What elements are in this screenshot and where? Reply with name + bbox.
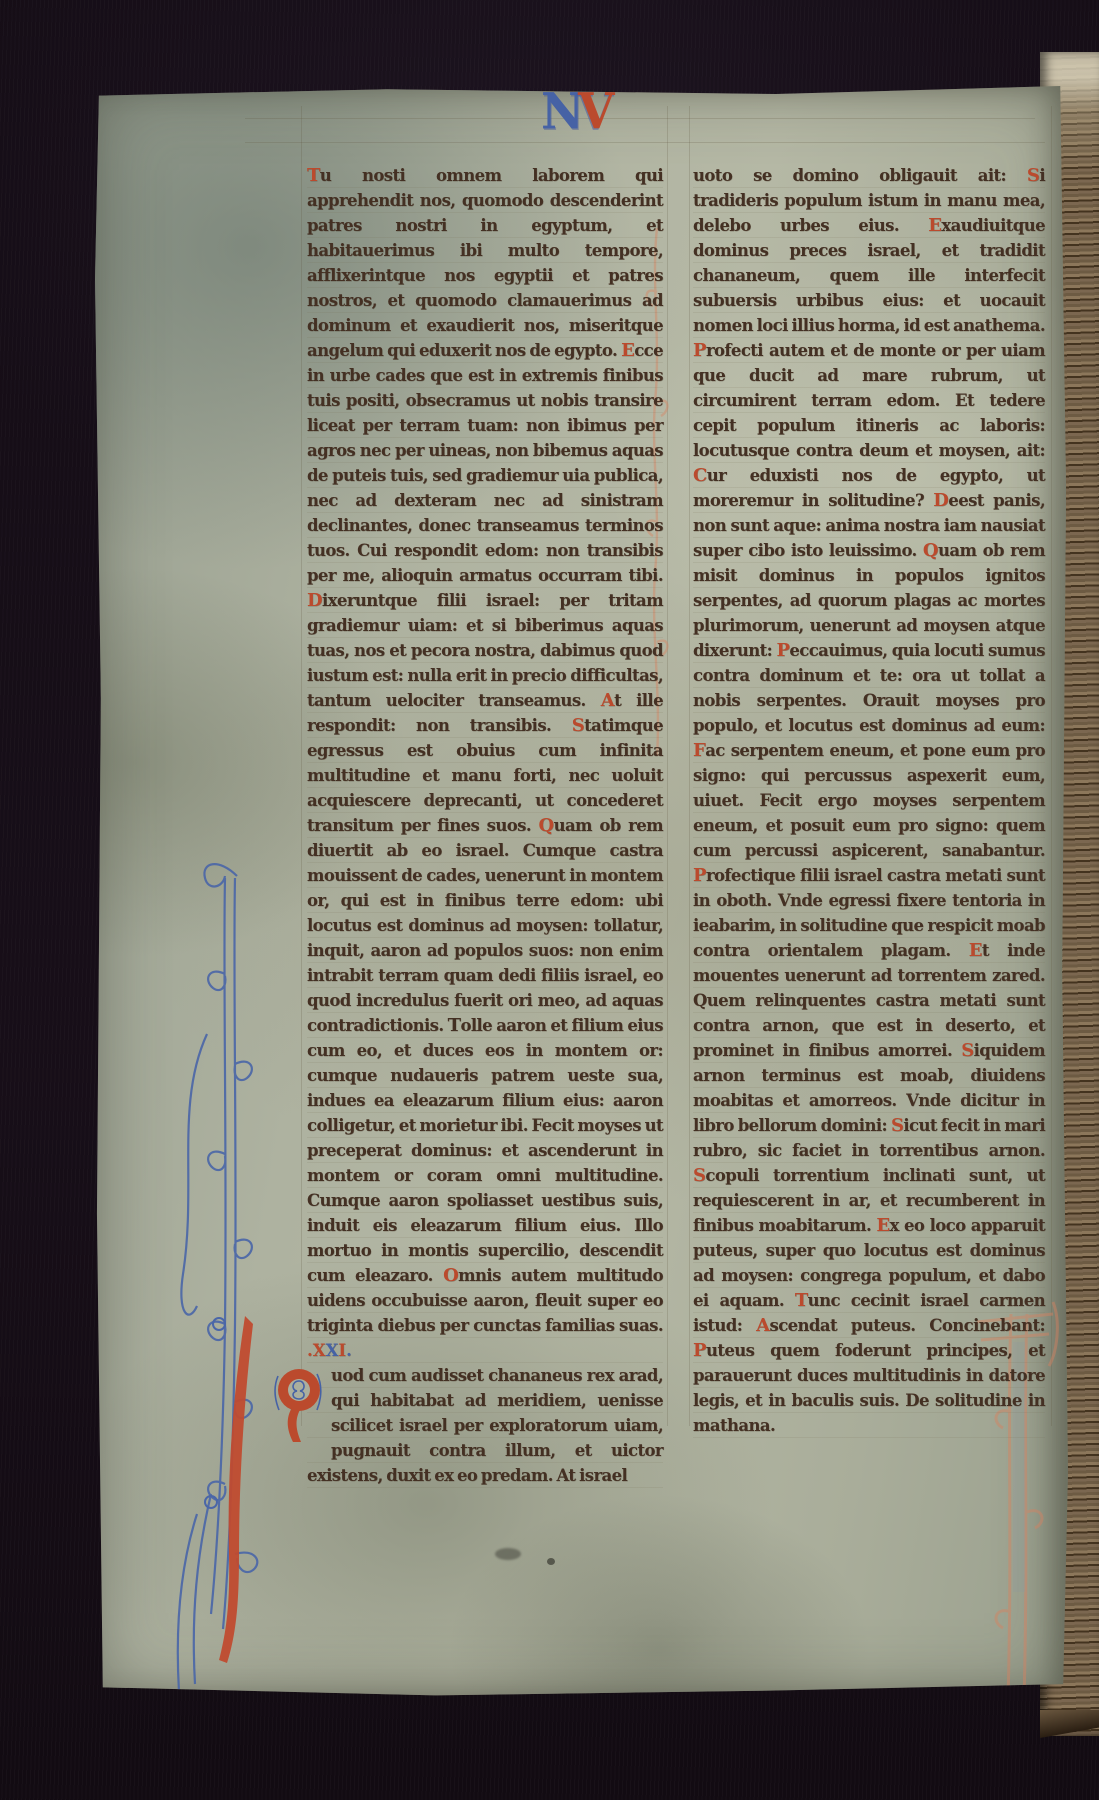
- ruling-line: [245, 142, 1045, 143]
- scripture-text: ac serpentem eneum, et pone eum pro sign…: [693, 741, 1045, 860]
- ink-stain: [495, 1548, 521, 1560]
- scripture-text: uam ob rem diuertit ab eo israel. Cumque…: [307, 816, 663, 1035]
- ruling-line: [667, 106, 668, 1426]
- touched-capital: D: [307, 590, 322, 611]
- ruling-line: [1051, 106, 1052, 1426]
- touched-capital: T: [795, 1290, 808, 1311]
- scripture-text: scendat puteus. Concinebant:: [770, 1316, 1045, 1335]
- touched-capital: P: [693, 1340, 706, 1361]
- touched-capital: S: [891, 1115, 903, 1136]
- scripture-text: olle aaron et filium eius cum eo, et duc…: [307, 1016, 663, 1285]
- touched-capital: D: [933, 490, 948, 511]
- text-column-left: Tu nosti omnem laborem qui apprehendit n…: [307, 163, 663, 1488]
- ink-stain: [547, 1558, 555, 1565]
- ruling-line: [301, 106, 302, 1426]
- touched-capital: E: [621, 340, 634, 361]
- touched-capital: T: [307, 165, 320, 186]
- touched-capital: O: [443, 1265, 458, 1286]
- touched-capital: S: [693, 1165, 705, 1186]
- chapter-number-letter: X: [313, 1341, 326, 1360]
- touched-capital: E: [928, 215, 941, 236]
- touched-capital: E: [876, 1215, 889, 1236]
- touched-capital: E: [969, 940, 982, 961]
- margin-flourish: [167, 854, 307, 1706]
- manuscript-leaf: NV: [95, 86, 1068, 1697]
- running-title: NV: [541, 90, 608, 142]
- running-title-letter: N: [541, 89, 578, 137]
- flourish-red-tail: [219, 1316, 253, 1663]
- touched-capital: A: [601, 690, 614, 711]
- ruling-line: [245, 118, 1035, 119]
- touched-capital: F: [693, 740, 705, 761]
- scripture-text: u nosti omnem laborem qui apprehendit no…: [307, 166, 663, 360]
- running-title-letter: V: [578, 89, 608, 137]
- chapter-number-letter: I: [338, 1341, 346, 1360]
- touched-capital: S: [572, 715, 584, 736]
- touched-capital: P: [693, 340, 706, 361]
- chapter-number: .XXI.: [307, 1341, 352, 1360]
- scripture-text: uteus quem foderunt principes, et paraue…: [693, 1341, 1045, 1435]
- ruling-line: [689, 106, 690, 1426]
- photo-background: NV: [0, 0, 1099, 1800]
- touched-capital: P: [693, 865, 706, 886]
- text-column-right: uoto se domino obligauit ait: Si tradide…: [693, 163, 1045, 1438]
- chapter-number-letter: X: [326, 1341, 339, 1360]
- touched-capital: Q: [538, 815, 553, 836]
- touched-capital: S: [961, 1040, 973, 1061]
- scripture-text: rofecti autem et de monte or per uiam qu…: [693, 341, 1045, 460]
- chapter-drop-initial-Q: [271, 1366, 323, 1442]
- scripture-text: cce in urbe cades que est in extremis fi…: [307, 341, 663, 585]
- touched-capital: S: [1027, 165, 1039, 186]
- touched-capital: C: [693, 465, 707, 486]
- chapter-number-letter: .: [346, 1341, 352, 1360]
- touched-capital: T: [448, 1015, 461, 1036]
- touched-capital: A: [756, 1315, 769, 1336]
- touched-capital: Q: [923, 540, 938, 561]
- touched-capital: P: [776, 640, 789, 661]
- scripture-text: uod cum audisset chananeus rex arad, qui…: [307, 1366, 663, 1485]
- scripture-text: uoto se domino obligauit ait:: [693, 166, 1027, 185]
